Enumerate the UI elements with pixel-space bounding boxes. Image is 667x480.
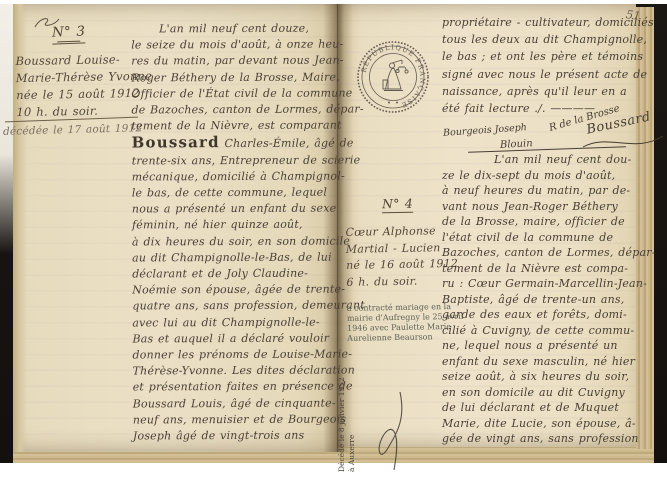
text-line: Thérèse-Yvonne. Les dites déclaration <box>133 363 341 380</box>
text-line: naissance, après qu'il leur en a <box>442 83 642 100</box>
text-line: Martial - Lucien <box>346 240 442 258</box>
margin-death-note-act4: Décédé le 8 janvier 1952à Auxerre <box>337 376 356 472</box>
text-line: en son domicile au dit Cuvigny <box>442 385 642 401</box>
act-number-4: N° 4 <box>382 196 413 214</box>
text-line: Aurelienne Beaurson <box>347 332 443 344</box>
text-line: Boussard Louis, âgé de cinquante- <box>133 395 341 412</box>
text-line: propriétaire - cultivateur, domiciliés <box>442 14 642 31</box>
scanned-register-page: N° 3 Boussard Louise-Marie-Thérèse Yvonn… <box>0 0 667 480</box>
text-line: res du matin, par devant nous Jean- <box>131 53 339 70</box>
page-number: 51 <box>625 7 641 23</box>
text-line: Boussard Charles-Émile, âgé de <box>132 134 340 153</box>
text-line: 6 h. du soir. <box>346 273 442 291</box>
text-line: né le 16 août 1912 <box>346 256 442 274</box>
text-line: le bas, de cette commune, lequel <box>132 185 340 202</box>
text-line: l'état civil de la commune de <box>442 230 642 246</box>
text-line: Marie, dite Lucie, son épouse, â- <box>442 416 642 432</box>
act-number-3: N° 3 <box>52 23 86 44</box>
text-line: ru : Cœur Germain-Marcellin-Jean- <box>442 276 642 292</box>
text-line: le seize du mois d'août, à onze heu- <box>131 37 339 54</box>
text-line: tement de la Nièvre est compa- <box>442 261 642 277</box>
text-line: mécanique, domicilié à Champignol- <box>132 168 340 185</box>
text-line: à dix heures du soir, en son domicile <box>132 233 340 250</box>
text-line: neuf ans, menuisier et de Bourgeois <box>133 411 341 428</box>
text-line: L'an mil neuf cent dou- <box>442 152 642 168</box>
text-line: ze le dix-sept du mois d'août, <box>442 168 642 184</box>
text-line: Noémie son épouse, âgée de trente- <box>132 282 340 299</box>
text-line: Roger Béthery de la Brosse, Maire, <box>131 69 339 86</box>
text-line: nous a présenté un enfant du sexe <box>132 201 340 218</box>
text-line: donner les prénoms de Louise-Marie- <box>133 347 341 364</box>
text-line: Joseph âgé de vingt-trois ans <box>133 428 341 445</box>
text-line: de Bazoches, canton de Lormes, dépar- <box>131 102 339 119</box>
text-line: garde des eaux et forêts, domi- <box>442 307 642 323</box>
text-line: seize août, à six heures du soir, <box>442 369 642 385</box>
text-line: de la Brosse, maire, officier de <box>442 214 642 230</box>
surname-emphasis: Boussard <box>132 133 220 151</box>
text-line: signé avec nous le présent acte de <box>442 66 642 83</box>
act3-closing-text: propriétaire - cultivateur, domiciliésto… <box>442 14 642 117</box>
text-line: Décédé le 8 janvier 1952 <box>337 376 347 472</box>
text-line: ne, lequel nous a présenté un <box>442 338 642 354</box>
text-line: au dit Champignolle-le-Bas, de lui <box>132 249 340 266</box>
text-line: de lui déclarant et de Muquet <box>442 400 642 416</box>
text-line: gée de vingt ans, sans profession <box>442 431 642 447</box>
text-line: déclarant et de Joly Claudine- <box>132 266 340 283</box>
act3-body-text: L'an mil neuf cent douze,le seize du moi… <box>131 21 341 445</box>
text-line: et présentation faites en présence de <box>133 379 341 396</box>
text-line: Baptiste, âgé de trente-un ans, <box>442 292 642 308</box>
text-line: à neuf heures du matin, par de- <box>442 183 642 199</box>
paraph-flourish-icon <box>366 386 414 474</box>
text-line: Boussard Louise- <box>15 51 139 70</box>
text-line: trente-six ans, Entrepreneur de scierie <box>132 152 340 169</box>
text-line: tement de la Nièvre, est comparant <box>132 118 340 135</box>
text-line: L'an mil neuf cent douze, <box>131 21 339 38</box>
margin-name-note-act4: Cœur AlphonseMartial - Lucienné le 16 ao… <box>345 223 442 291</box>
text-line: Bazoches, canton de Lormes, dépar- <box>442 245 642 261</box>
republique-francaise-stamp-icon: RÉPUBLIQUE FRANÇAISE <box>356 40 430 114</box>
text-line: quatre ans, sans profession, demeurant <box>132 298 340 315</box>
text-line: vant nous Jean-Roger Béthery <box>442 199 642 215</box>
text-line: avec lui au dit Champignolle-le- <box>132 314 340 331</box>
stamp-seated-figure <box>383 60 408 91</box>
text-line: le bas ; et ont les père et témoins <box>442 48 642 65</box>
act4-body-text: L'an mil neuf cent dou-ze le dix-sept du… <box>442 152 642 447</box>
text-line: née le 15 août 1912 <box>16 85 140 104</box>
text-line: Bas et auquel il a déclaré vouloir <box>132 330 340 347</box>
text-line: féminin, né hier quinze août, <box>132 217 340 234</box>
text-line: enfant du sexe masculin, né hier <box>442 354 642 370</box>
margin-name-note-act3: Boussard Louise-Marie-Thérèse Yvonnenée … <box>15 51 140 121</box>
text-line: cilié à Cuvigny, de cette commu- <box>442 323 642 339</box>
text-line: Marie-Thérèse Yvonne <box>16 68 140 87</box>
text-line: à Auxerre <box>347 376 357 472</box>
text-line: Officier de l'État civil de la commune <box>131 85 339 102</box>
signature-swash-icon <box>580 130 666 152</box>
text-line: tous les deux au dit Champignolle, <box>442 31 642 48</box>
text-line: Cœur Alphonse <box>345 223 441 241</box>
margin-marriage-note-act4: a contracté mariage en lamairie d'Aufreg… <box>347 302 444 344</box>
